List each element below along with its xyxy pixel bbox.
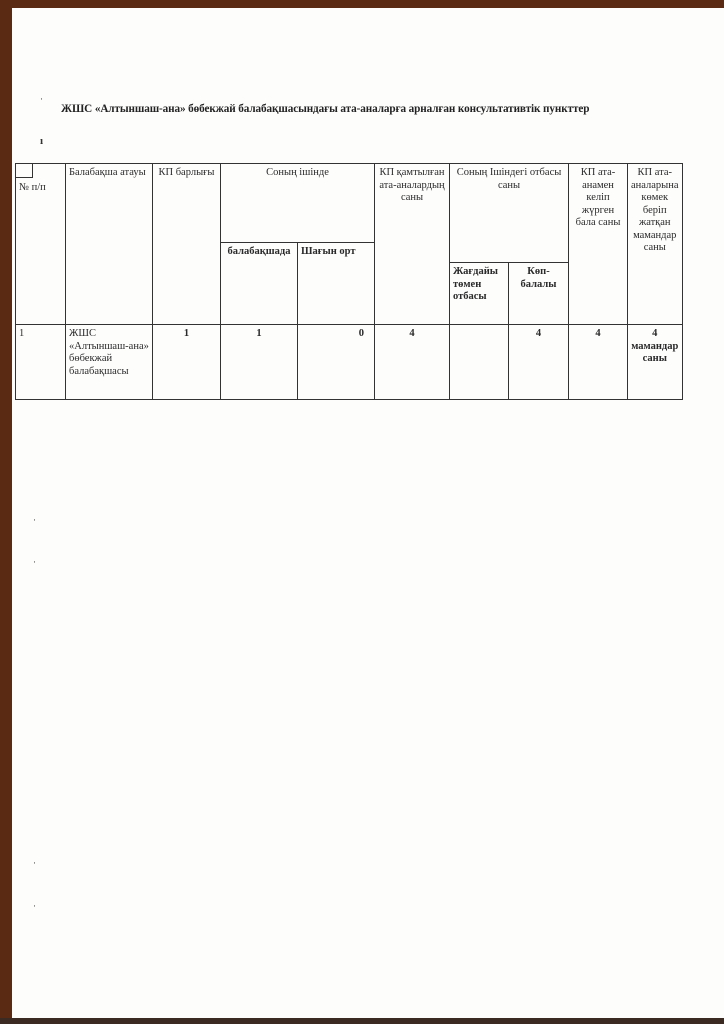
- cell-low-income: [450, 325, 509, 400]
- header-of-which: Соның ішінде: [221, 164, 375, 243]
- scan-speck: ·: [40, 94, 43, 104]
- cell-in-kindergarten: 1: [221, 325, 298, 400]
- header-families-of-which: Соның Ішіндегі отбасы саны: [450, 164, 569, 263]
- header-specialists: КП ата-аналарына көмек беріп жатқан мама…: [628, 164, 683, 325]
- scan-speck: ·: [33, 858, 36, 868]
- header-in-kindergarten: балабақшада: [221, 243, 298, 325]
- header-children-attending: КП ата-анамен келіп жүрген бала саны: [569, 164, 628, 325]
- header-kp-total: КП барлығы: [153, 164, 221, 325]
- consultation-points-table: № п/п Балабақша атауы КП барлығы Соның і…: [15, 163, 683, 400]
- header-number: № п/п: [16, 164, 66, 325]
- header-parents-covered: КП қамтылған ата-аналардың саны: [375, 164, 450, 325]
- cell-large-families: 4: [509, 325, 569, 400]
- scan-speck: ·: [33, 515, 36, 525]
- cell-kindergarten-name: ЖШС «Алтыншаш-ана» бөбекжай балабақшасы: [66, 325, 153, 400]
- scan-speck: ·: [33, 901, 36, 911]
- page-edge: [0, 1018, 724, 1024]
- header-low-income: Жағдайы төмен отбасы: [450, 263, 509, 325]
- header-large-families: Көп-балалы: [509, 263, 569, 325]
- scan-mark: ı: [40, 135, 43, 147]
- cell-mini-center: 0: [298, 325, 375, 400]
- cell-parents-covered: 4: [375, 325, 450, 400]
- header-kindergarten-name: Балабақша атауы: [66, 164, 153, 325]
- cell-kp-total: 1: [153, 325, 221, 400]
- scan-speck: ·: [33, 557, 36, 567]
- document-title: ЖШС «Алтыншаш-ана» бөбекжай балабақшасын…: [61, 103, 681, 115]
- cell-specialists: 4 мамандар саны: [628, 325, 683, 400]
- header-mini-center: Шағын орт: [298, 243, 375, 325]
- cell-children-attending: 4: [569, 325, 628, 400]
- document-page: [12, 8, 724, 1018]
- cell-number: 1: [16, 325, 66, 400]
- table-row: 1 ЖШС «Алтыншаш-ана» бөбекжай балабақшас…: [16, 325, 683, 400]
- checkbox-mark: [16, 164, 33, 178]
